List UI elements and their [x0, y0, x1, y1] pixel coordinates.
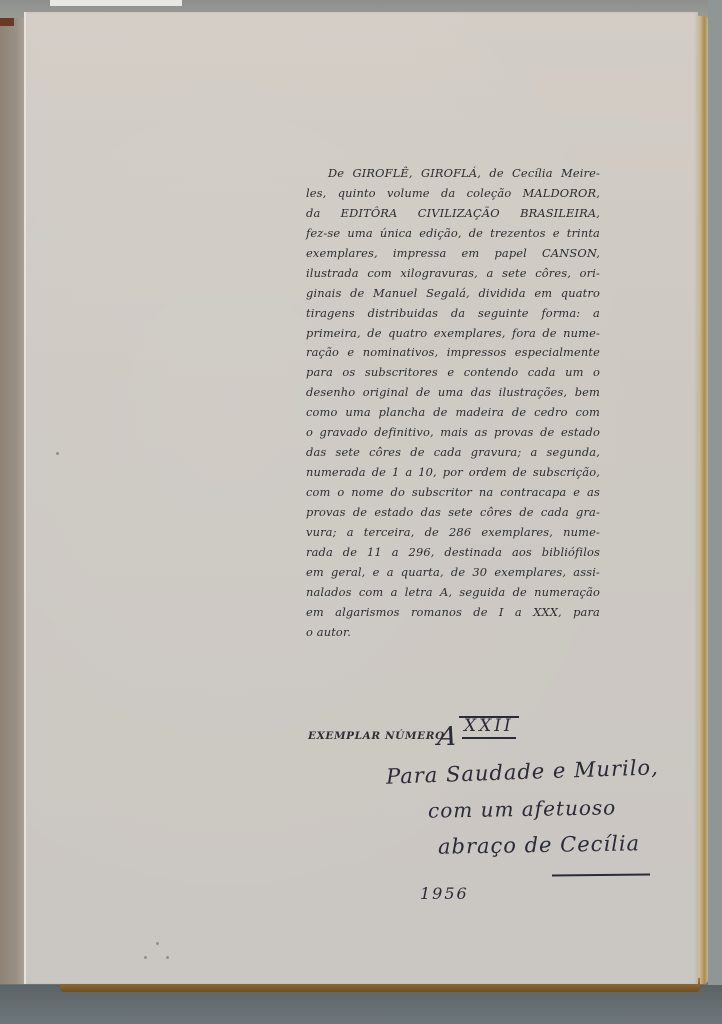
- exemplar-roman-number: XXII: [464, 716, 514, 736]
- colophon-line: o gravado definitivo, mais as provas de …: [306, 423, 600, 443]
- colophon-line: les, quinto volume da coleção MALDOROR,: [306, 184, 600, 204]
- colophon-line: em algarismos romanos de I a XXX, para: [306, 603, 600, 623]
- inscription-signature: abraço de Cecília: [438, 831, 640, 859]
- colophon-line: ginais de Manuel Segalá, dividida em qua…: [306, 284, 600, 304]
- paper-speck: [144, 956, 147, 959]
- exemplar-label: EXEMPLAR NÚMERO: [308, 730, 445, 742]
- facing-page-tab: [0, 18, 14, 26]
- inscription-line-2: com um afetuoso: [428, 795, 617, 822]
- colophon-line: De GIROFLÊ, GIROFLÁ, de Cecília Meire-: [306, 164, 600, 184]
- colophon-line: fez-se uma única edição, de trezentos e …: [306, 224, 600, 244]
- colophon-text: De GIROFLÊ, GIROFLÁ, de Cecília Meire- l…: [306, 164, 600, 643]
- colophon-line: exemplares, impressa em papel CANSON,: [306, 244, 600, 264]
- colophon-line: tiragens distribuidas da seguinte forma:…: [306, 304, 600, 324]
- colophon-line: rada de 11 a 296, destinada aos bibliófi…: [306, 543, 600, 563]
- exemplar-letter: A: [436, 722, 459, 752]
- colophon-line: provas de estado das sete côres de cada …: [306, 503, 600, 523]
- colophon-line: ilustrada com xilogravuras, a sete côres…: [306, 264, 600, 284]
- paper-speck: [166, 956, 169, 959]
- colophon-line: numerada de 1 a 10, por ordem de subscri…: [306, 463, 600, 483]
- paper-speck: [156, 942, 159, 945]
- paper-strip: [50, 0, 182, 6]
- colophon-line: o autor.: [306, 623, 600, 643]
- colophon-line: desenho original de uma das ilustrações,…: [306, 383, 600, 403]
- colophon-line: das sete côres de cada gravura; a segund…: [306, 443, 600, 463]
- inscription-year: 1956: [420, 884, 469, 903]
- colophon-line: vura; a terceira, de 286 exemplares, num…: [306, 523, 600, 543]
- colophon-line: com o nome do subscritor na contracapa e…: [306, 483, 600, 503]
- colophon-line: nalados com a letra A, seguida de numera…: [306, 583, 600, 603]
- facing-page-edge: [0, 18, 24, 984]
- paper-speck: [56, 452, 59, 455]
- colophon-line: ração e nominativos, impressos especialm…: [306, 343, 600, 363]
- colophon-line: para os subscritores e contendo cada um …: [306, 363, 600, 383]
- colophon-line: em geral, e a quarta, de 30 exemplares, …: [306, 563, 600, 583]
- colophon-line: como uma plancha de madeira de cedro com: [306, 403, 600, 423]
- background-right: [708, 0, 722, 1024]
- numero-underline: [462, 737, 516, 739]
- colophon-line: primeira, de quatro exemplares, fora de …: [306, 324, 600, 344]
- colophon-line: da EDITÔRA CIVILIZAÇÃO BRASILEIRA,: [306, 204, 600, 224]
